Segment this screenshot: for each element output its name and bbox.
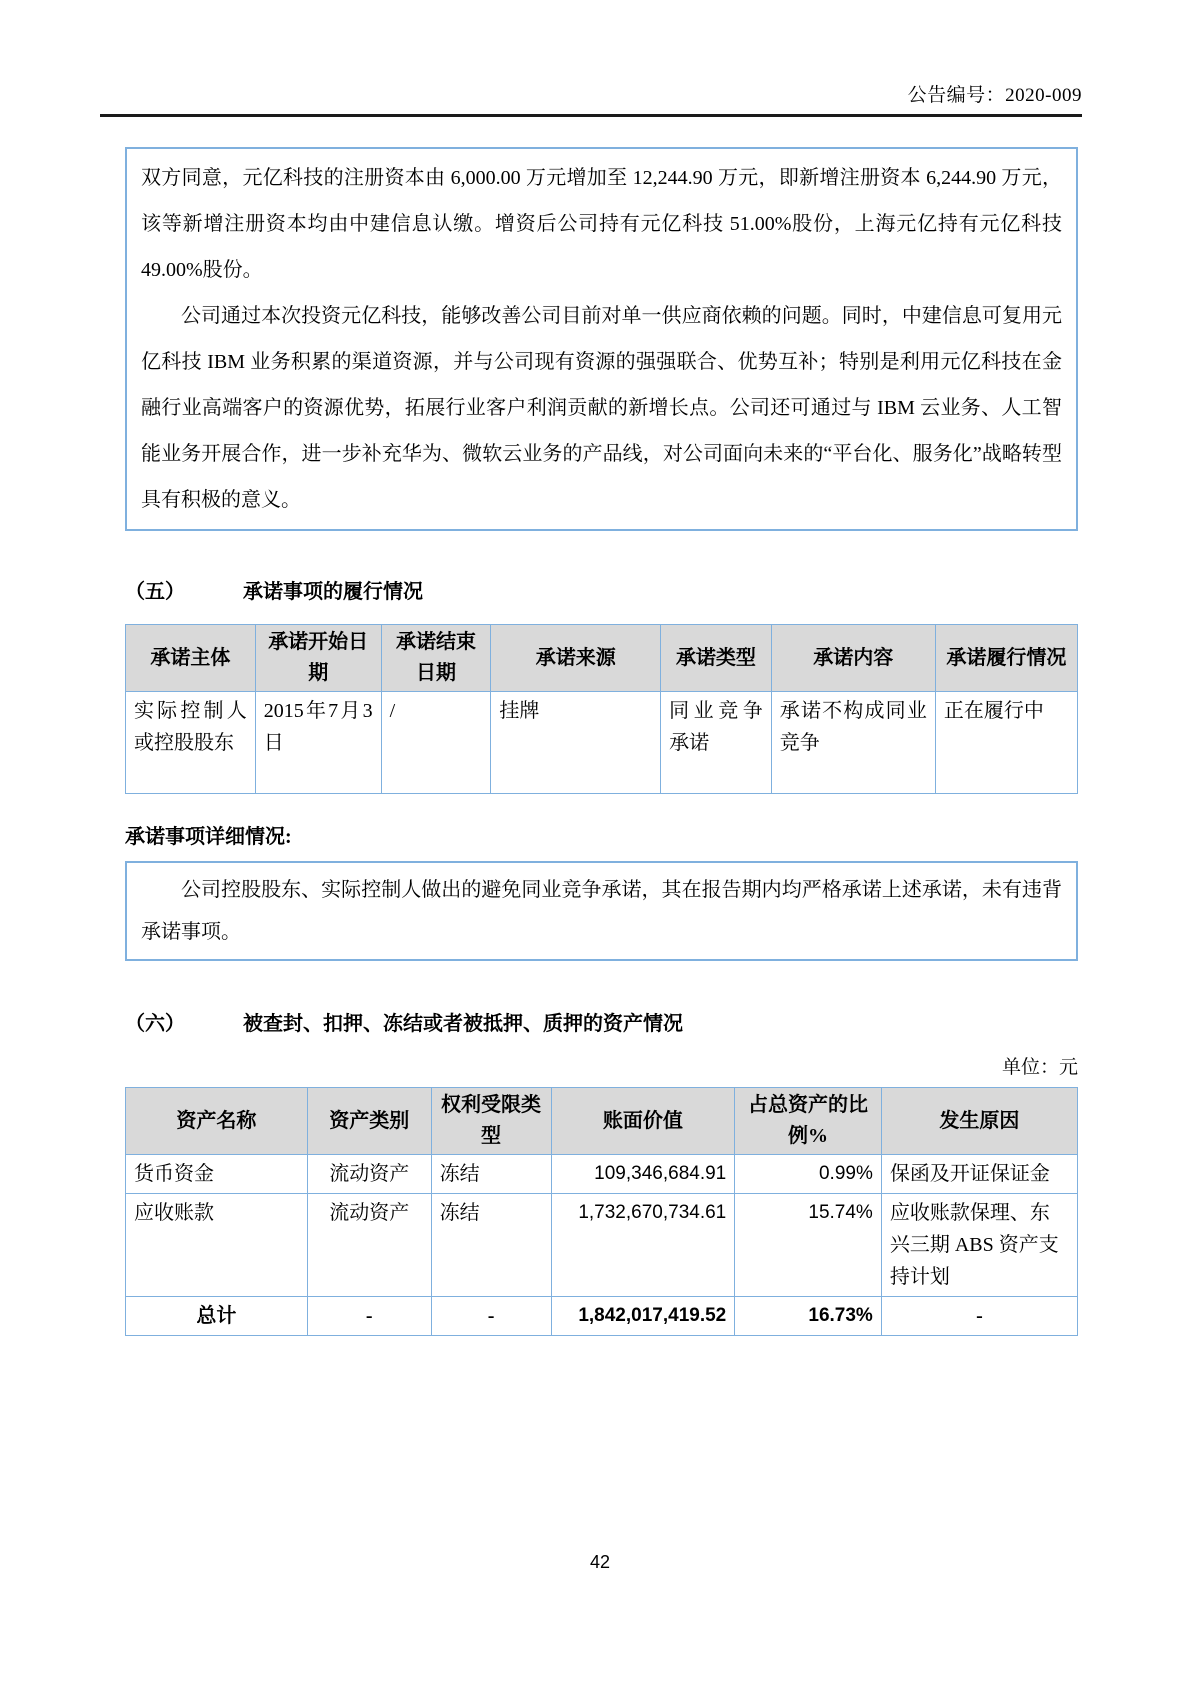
table-cell: 实际控制人或控股股东 [126, 692, 256, 794]
table-cell: - [881, 1297, 1077, 1336]
commitments-table: 承诺主体承诺开始日期承诺结束日期承诺来源承诺类型承诺内容承诺履行情况实际控制人或… [125, 624, 1078, 794]
table-cell: / [381, 692, 491, 794]
intro-paragraph-1: 双方同意，元亿科技的注册资本由 6,000.00 万元增加至 12,244.90… [141, 155, 1062, 293]
table-cell: 1,732,670,734.61 [551, 1194, 735, 1297]
table-column-header: 账面价值 [551, 1088, 735, 1155]
unit-label: 单位：元 [125, 1052, 1078, 1079]
document-page: 公告编号：2020-009 双方同意，元亿科技的注册资本由 6,000.00 万… [0, 0, 1200, 1696]
table-cell: 15.74% [735, 1194, 882, 1297]
page-number: 42 [0, 1552, 1200, 1573]
section-5-title: 承诺事项的履行情况 [243, 575, 423, 604]
table-cell: 保函及开证保证金 [881, 1155, 1077, 1194]
table-cell: 承诺不构成同业竞争 [771, 692, 935, 794]
table-cell: 冻结 [431, 1155, 551, 1194]
table-column-header: 承诺类型 [661, 625, 772, 692]
table-column-header: 承诺结束日期 [381, 625, 491, 692]
section-6-heading: （六） 被查封、扣押、冻结或者被抵押、质押的资产情况 [125, 1007, 1078, 1036]
commitment-detail-label: 承诺事项详细情况: [125, 820, 1078, 849]
table-column-header: 发生原因 [881, 1088, 1077, 1155]
table-cell: - [307, 1297, 431, 1336]
table-column-header: 权利受限类型 [431, 1088, 551, 1155]
table-column-header: 承诺开始日期 [255, 625, 381, 692]
table-cell: 应收账款 [126, 1194, 308, 1297]
table-column-header: 承诺履行情况 [935, 625, 1077, 692]
table-cell: 2015年7月3日 [255, 692, 381, 794]
section-5-heading: （五） 承诺事项的履行情况 [125, 575, 1078, 604]
section-6-title: 被查封、扣押、冻结或者被抵押、质押的资产情况 [243, 1007, 683, 1036]
table-cell: 16.73% [735, 1297, 882, 1336]
table-column-header: 占总资产的比例% [735, 1088, 882, 1155]
table-cell: 同业竞争承诺 [661, 692, 772, 794]
commitment-detail-text: 公司控股股东、实际控制人做出的避免同业竞争承诺，其在报告期内均严格承诺上述承诺，… [141, 869, 1062, 953]
table-column-header: 承诺主体 [126, 625, 256, 692]
table-cell: 1,842,017,419.52 [551, 1297, 735, 1336]
table-column-header: 承诺来源 [491, 625, 661, 692]
table-column-header: 资产类别 [307, 1088, 431, 1155]
table-cell: 冻结 [431, 1194, 551, 1297]
table-cell: 货币资金 [126, 1155, 308, 1194]
table-column-header: 承诺内容 [771, 625, 935, 692]
section-6-index: （六） [125, 1007, 243, 1036]
commitment-detail-box: 公司控股股东、实际控制人做出的避免同业竞争承诺，其在报告期内均严格承诺上述承诺，… [125, 861, 1078, 961]
table-cell: - [431, 1297, 551, 1336]
section-5-index: （五） [125, 575, 243, 604]
table-column-header: 资产名称 [126, 1088, 308, 1155]
table-cell: 0.99% [735, 1155, 882, 1194]
table-cell: 正在履行中 [935, 692, 1077, 794]
table-cell: 挂牌 [491, 692, 661, 794]
assets-table: 资产名称资产类别权利受限类型账面价值占总资产的比例%发生原因货币资金流动资产冻结… [125, 1087, 1078, 1336]
intro-text-box: 双方同意，元亿科技的注册资本由 6,000.00 万元增加至 12,244.90… [125, 147, 1078, 531]
table-cell: 总计 [126, 1297, 308, 1336]
table-cell: 应收账款保理、东兴三期 ABS 资产支持计划 [881, 1194, 1077, 1297]
announcement-number: 公告编号：2020-009 [100, 0, 1082, 107]
header-rule [100, 114, 1082, 117]
table-cell: 流动资产 [307, 1194, 431, 1297]
table-cell: 流动资产 [307, 1155, 431, 1194]
intro-paragraph-2: 公司通过本次投资元亿科技，能够改善公司目前对单一供应商依赖的问题。同时，中建信息… [141, 293, 1062, 523]
table-cell: 109,346,684.91 [551, 1155, 735, 1194]
